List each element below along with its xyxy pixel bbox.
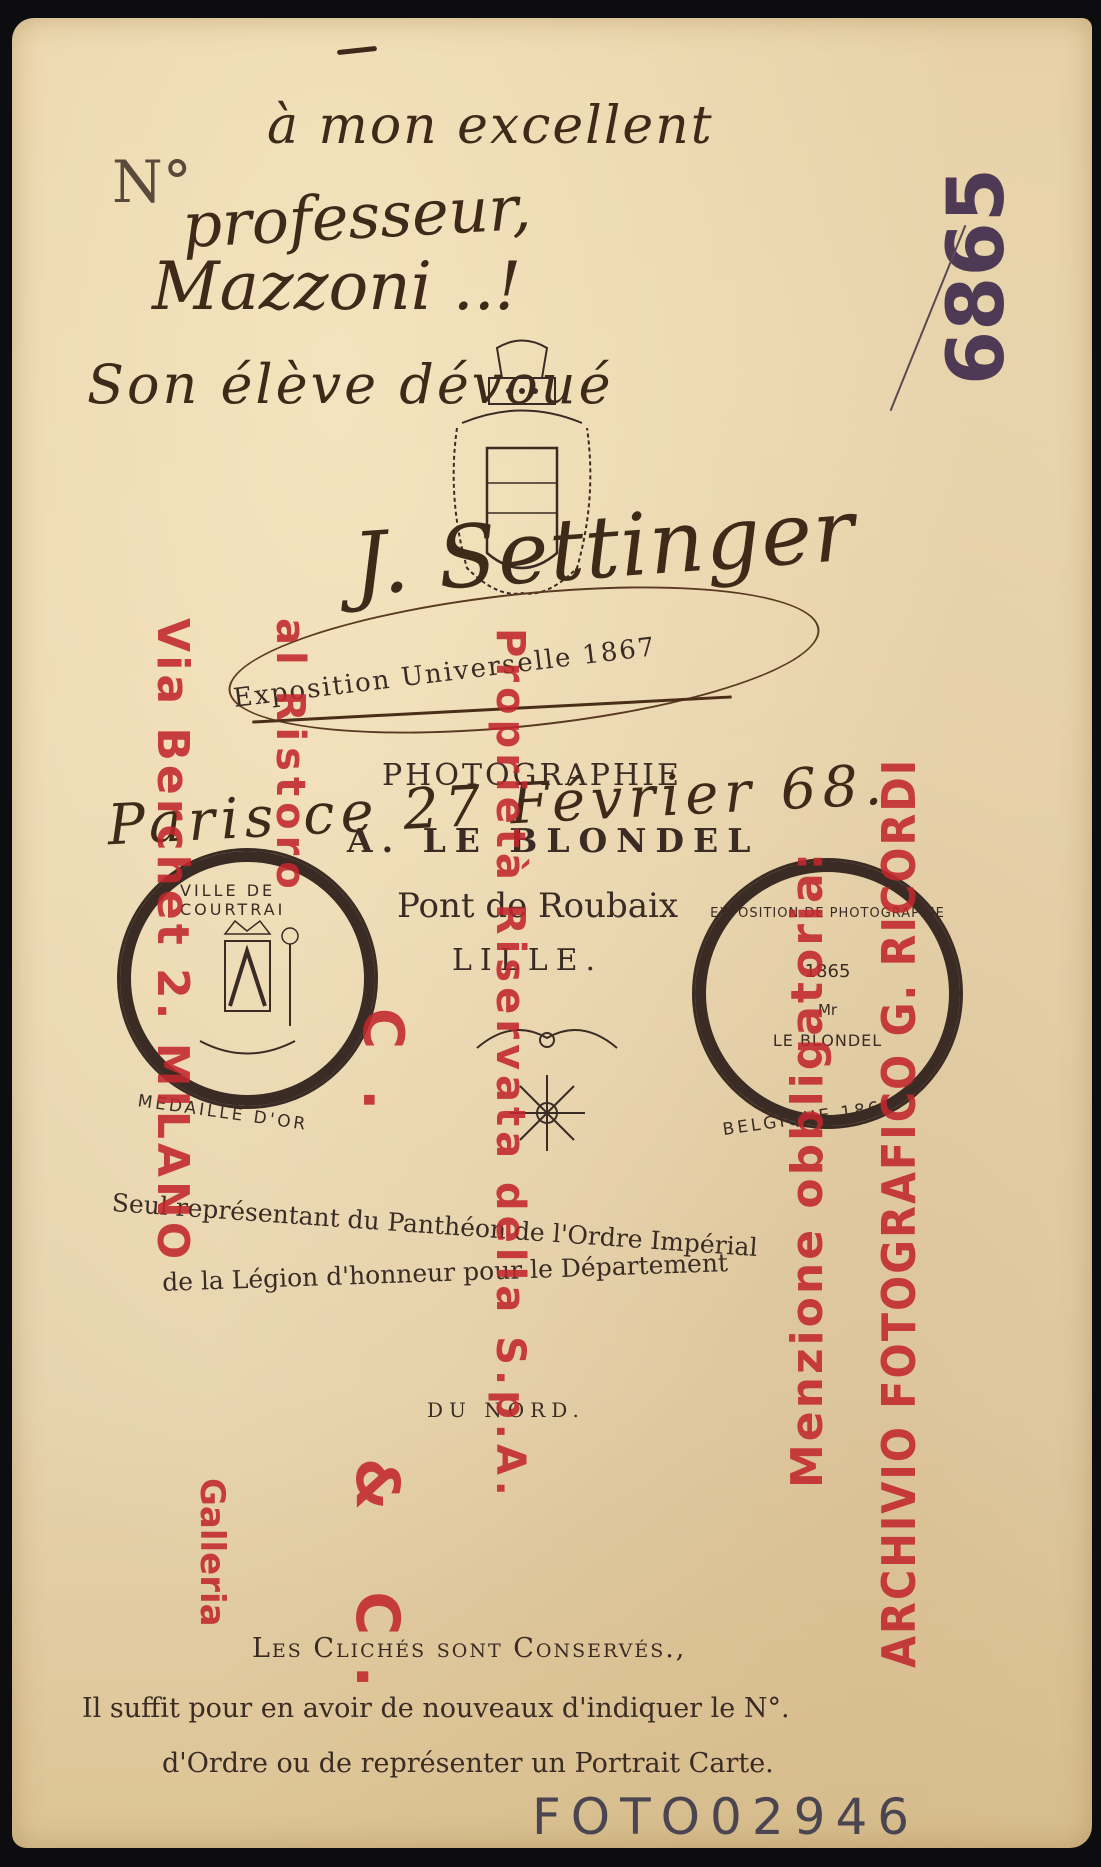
legion-text-line-2: de la Légion d'honneur pour le Départeme…	[162, 1248, 729, 1297]
handwriting-line-3: Mazzoni ..!	[152, 248, 521, 325]
number-label: N°	[112, 148, 192, 216]
stamp-via-berchet: Via Berchet 2. MILANO	[147, 618, 198, 1263]
stamp-al-ristoro: al Ristoro	[267, 618, 313, 895]
stamp-and-c: & C.	[342, 1458, 412, 1718]
photographer-address: Pont de Roubaix	[397, 886, 678, 926]
pencil-inventory-number: FOTO02946	[532, 1788, 919, 1846]
stamp-proprieta-riservata: Proprietà Riservata della S.p.A.	[487, 628, 533, 1501]
stamp-menzione-obbligatoria: Menzione obbligatoria:	[782, 488, 833, 1488]
photo-card-back: N° à mon excellent professeur, Mazzoni .…	[12, 18, 1092, 1848]
stamp-c: C.	[350, 1008, 415, 1150]
stamp-galleria: Galleria	[192, 1478, 232, 1627]
ink-dash	[337, 46, 377, 55]
stamp-archivio-fotografico: ARCHIVIO FOTOGRAFICO G. RICORDI	[872, 488, 926, 1668]
cliches-text: Les Clichés sont Conservés.,	[252, 1633, 686, 1664]
footer-line-2: d'Ordre ou de représenter un Portrait Ca…	[162, 1748, 774, 1779]
handwriting-line-1: à mon excellent	[267, 96, 714, 156]
footer-line-1: Il suffit pour en avoir de nouveaux d'in…	[82, 1693, 790, 1724]
